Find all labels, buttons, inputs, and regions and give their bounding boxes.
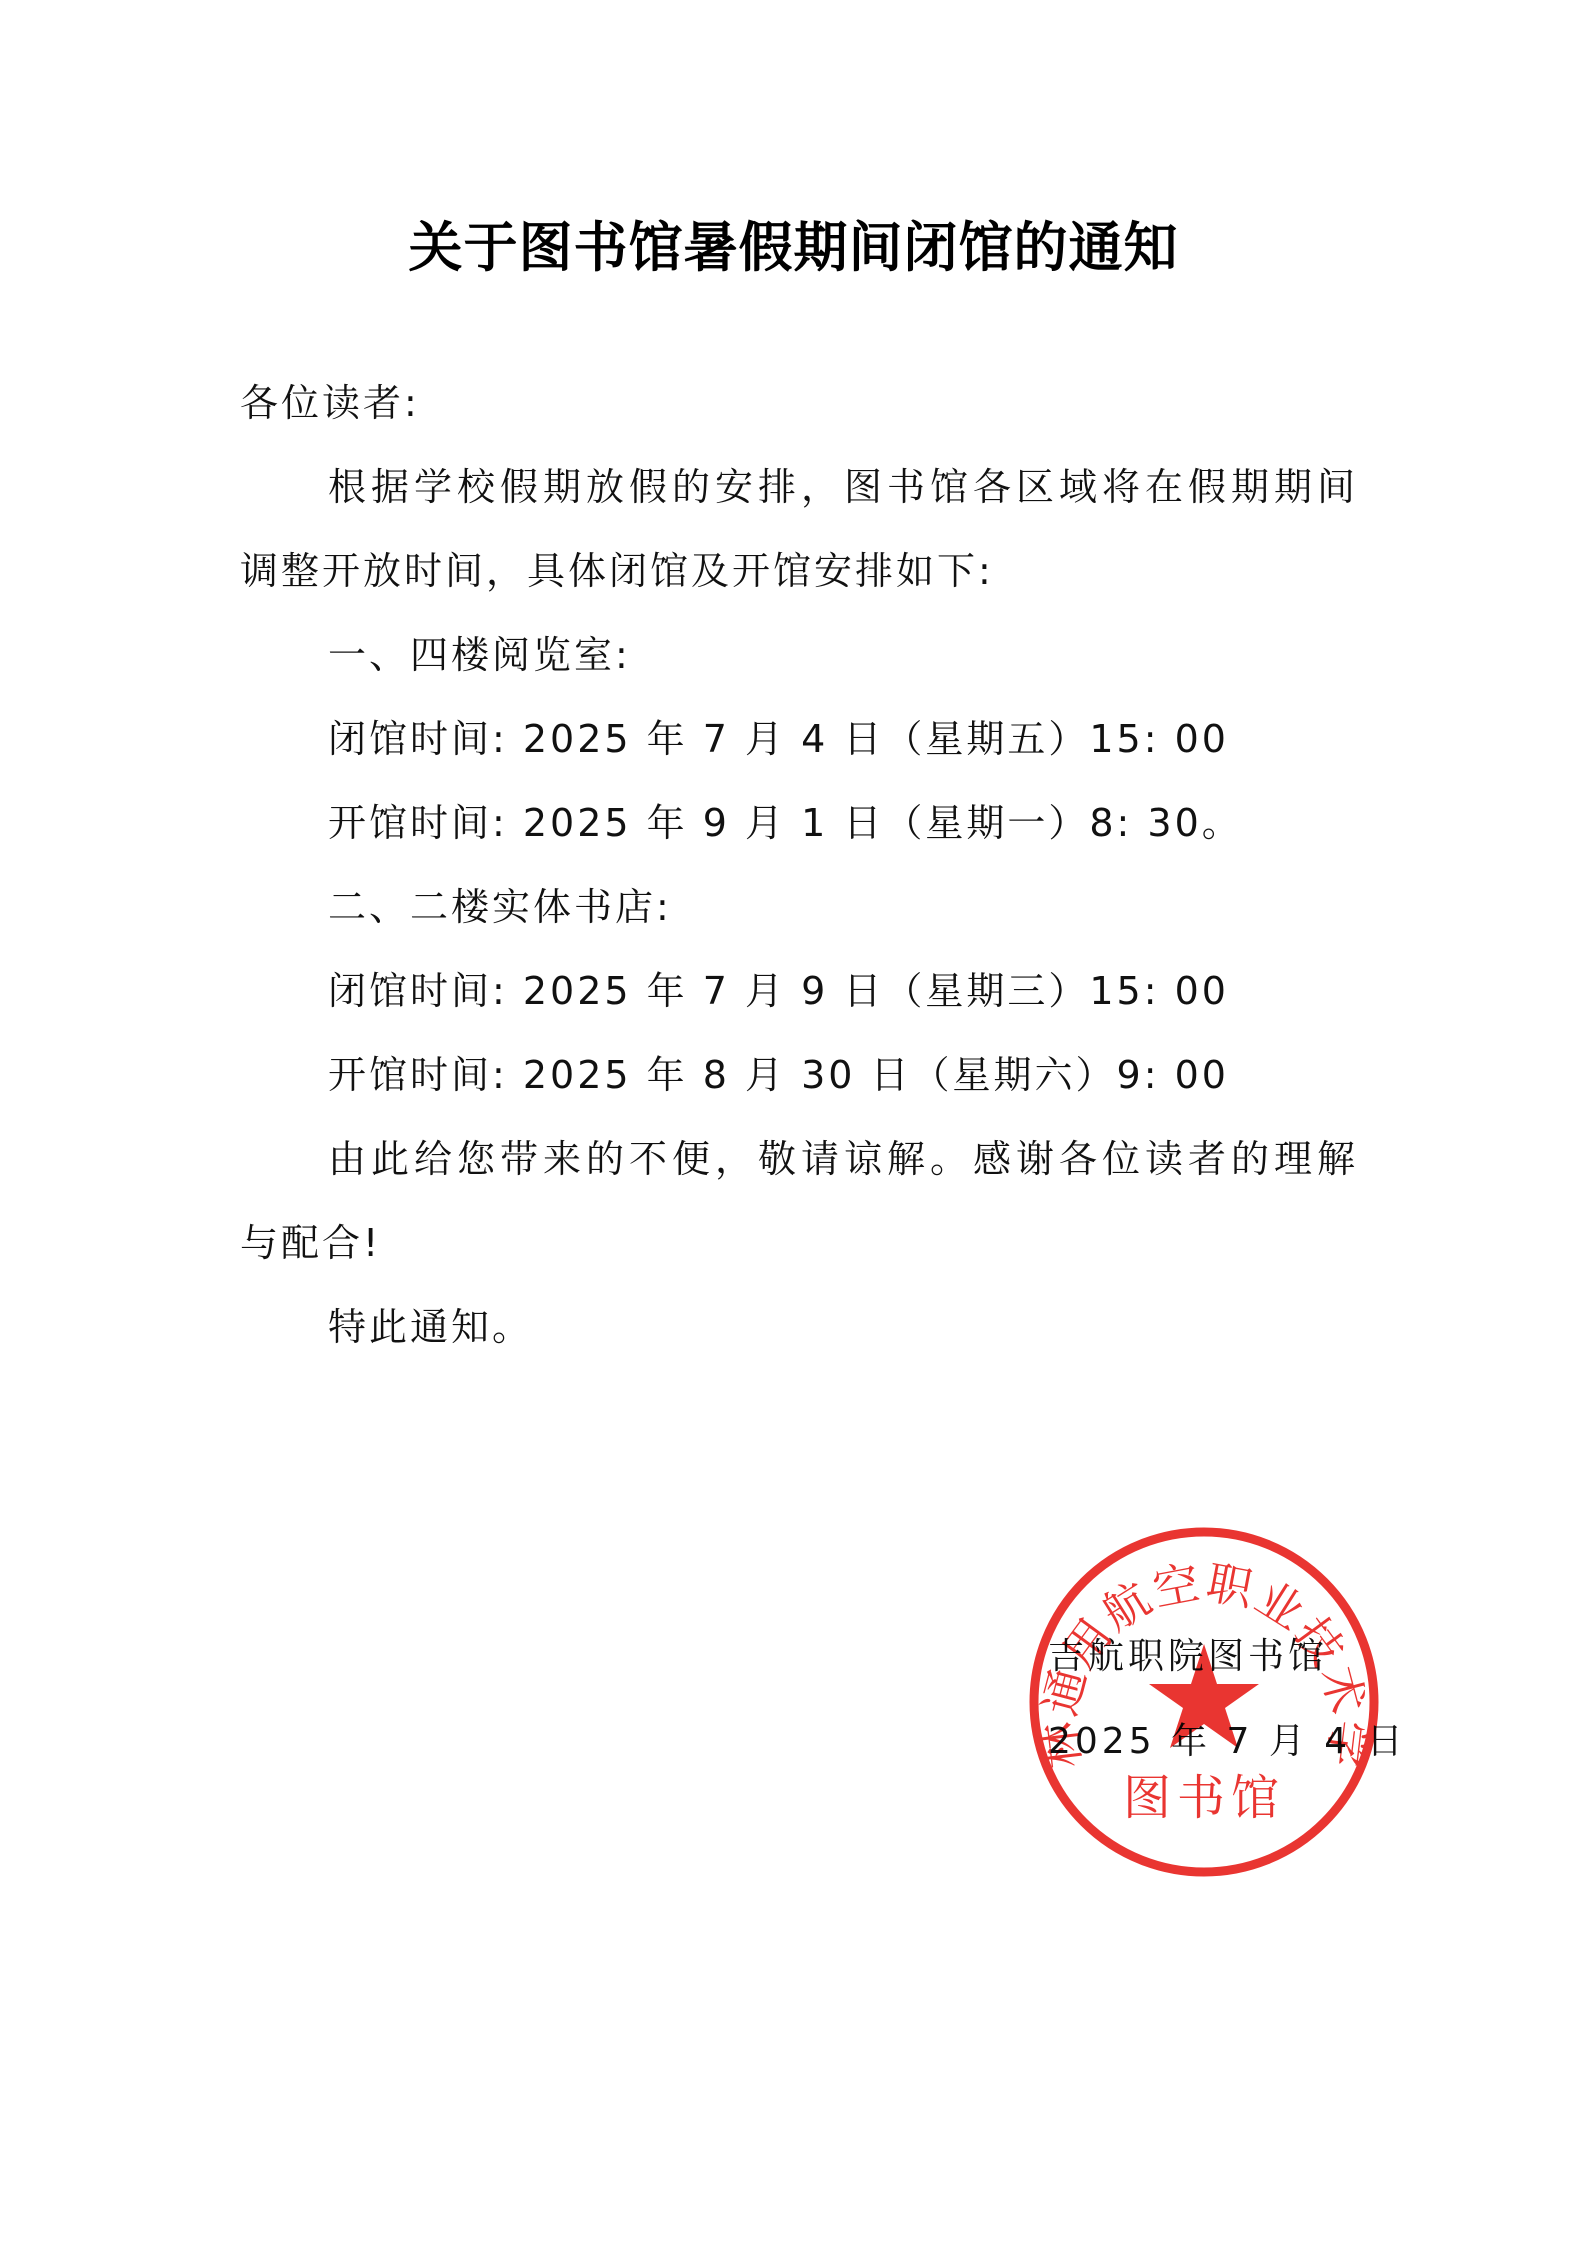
seal-inner-text: 图书馆	[1123, 1770, 1285, 1826]
apology-paragraph-line-2: 与配合!	[240, 1218, 381, 1268]
apology-paragraph-line-1: 由此给您带来的不便，敬请谅解。感谢各位读者的理解	[328, 1134, 1360, 1184]
reading-room-opening-time: 开馆时间: 2025 年 9 月 1 日（星期一）8: 30。	[328, 798, 1243, 848]
intro-paragraph-line-1: 根据学校假期放假的安排，图书馆各区域将在假期期间	[328, 462, 1360, 512]
intro-paragraph-line-2: 调整开放时间，具体闭馆及开馆安排如下:	[240, 546, 994, 596]
section-heading-reading-room: 一、四楼阅览室:	[328, 630, 631, 680]
official-seal-stamp: 吉林通用航空职业技术学院 图书馆	[1026, 1522, 1382, 1882]
reading-room-closing-time: 闭馆时间: 2025 年 7 月 4 日（星期五）15: 00	[328, 714, 1229, 764]
seal-outer-text: 吉林通用航空职业技术学院	[1026, 1522, 1377, 1771]
salutation: 各位读者:	[240, 378, 420, 428]
final-notice: 特此通知。	[328, 1302, 533, 1352]
bookstore-opening-time: 开馆时间: 2025 年 8 月 30 日（星期六）9: 00	[328, 1050, 1229, 1100]
document-title: 关于图书馆暑假期间闭馆的通知	[0, 212, 1587, 282]
seal-star-icon	[1149, 1644, 1259, 1748]
section-heading-bookstore: 二、二楼实体书店:	[328, 882, 672, 932]
bookstore-closing-time: 闭馆时间: 2025 年 7 月 9 日（星期三）15: 00	[328, 966, 1229, 1016]
document-page: 关于图书馆暑假期间闭馆的通知 各位读者: 根据学校假期放假的安排，图书馆各区域将…	[0, 0, 1587, 2244]
